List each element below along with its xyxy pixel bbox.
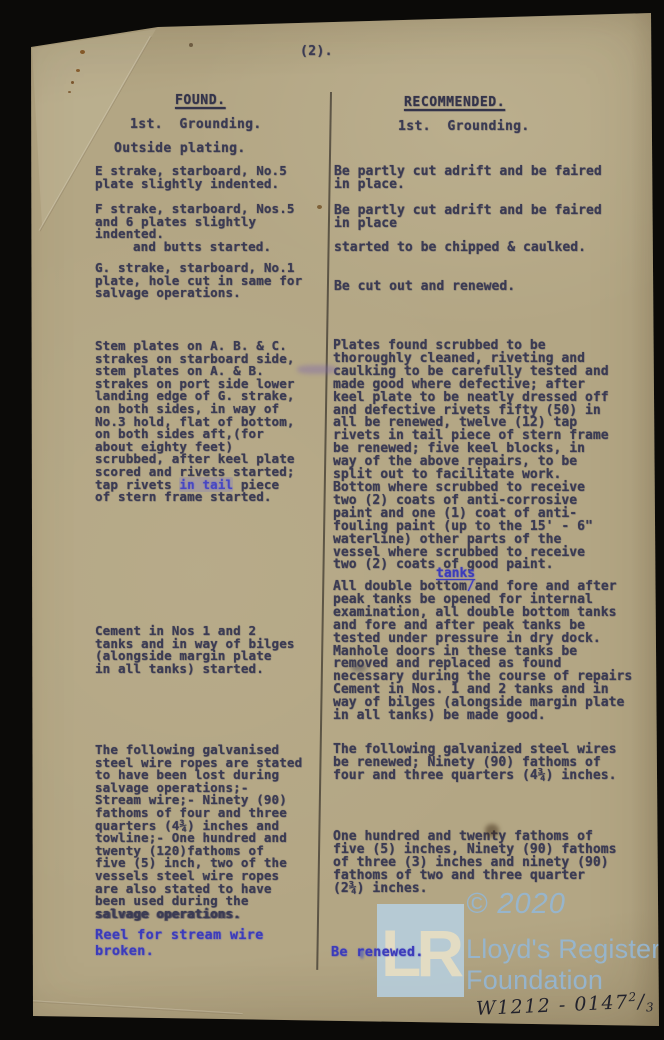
recommended-butts-entry: started to be chipped & caulked.	[334, 242, 586, 255]
page-number: (2).	[300, 44, 333, 59]
stain-speck	[71, 81, 74, 84]
recommended-f-strake-entry: Be partly cut adrift and be faired in pl…	[334, 205, 602, 231]
tanks-ink-insertion: tanks	[436, 566, 475, 581]
wires-overstruck-line: salvage operations.	[95, 906, 241, 921]
found-stem-plates-entry: Stem plates on A. B. & C. strakes on sta…	[95, 340, 295, 504]
found-cement-entry: Cement in Nos 1 and 2 tanks and in way o…	[95, 625, 295, 675]
wires-text: The following galvanised steel wire rope…	[95, 742, 302, 908]
recommended-reel-ink-note: Be renewed.	[331, 944, 424, 960]
document-page: (2). FOUND. RECOMMENDED. 1st. Grounding.…	[0, 0, 664, 1040]
recommended-grounding-heading: 1st. Grounding.	[398, 119, 530, 134]
stain-speck	[317, 205, 322, 209]
recommended-tanks-entry: All double bottom/and fore and after pea…	[333, 581, 632, 723]
tanks-text-end: and fore and after peak tanks be opened …	[333, 579, 632, 723]
archive-reference-code: W1212 - 0147	[476, 991, 630, 1020]
found-reel-ink-note: Reel for stream wire broken.	[95, 927, 264, 959]
found-g-strake-entry: G. strake, starboard, No.1 plate, hole c…	[95, 262, 302, 300]
fold-crease-bottom-left	[28, 1000, 243, 1015]
stain-speck	[80, 50, 85, 54]
recommended-column-header: RECOMMENDED.	[404, 95, 505, 110]
ink-smudge	[297, 365, 337, 374]
recommended-wires-entry-1: The following galvanized steel wires be …	[333, 744, 617, 783]
stain-speck	[68, 91, 71, 93]
found-grounding-heading: 1st. Grounding.	[130, 117, 262, 132]
watermark-copyright: © 2020	[466, 888, 566, 921]
recommended-e-strake-entry: Be partly cut adrift and be faired in pl…	[334, 166, 602, 192]
outside-plating-heading: Outside plating.	[114, 141, 246, 156]
stain-speck	[189, 43, 193, 47]
archive-reference-fraction-denominator: 3	[646, 1000, 656, 1014]
found-wires-entry: The following galvanised steel wire rope…	[95, 744, 302, 920]
stain-speck	[76, 69, 80, 72]
found-e-strake-entry: E strake, starboard, No.5 plate slightly…	[95, 165, 287, 190]
watermark-org-name: Lloyd's Register	[466, 934, 660, 965]
found-butts-entry: and butts started.	[133, 241, 271, 254]
recommended-g-strake-entry: Be cut out and renewed.	[334, 281, 515, 294]
scan-background: (2). FOUND. RECOMMENDED. 1st. Grounding.…	[0, 0, 664, 1040]
column-divider	[316, 92, 331, 970]
recommended-wires-entry-2: One hundred and twenty fathoms of five (…	[333, 831, 617, 896]
found-f-strake-entry: F strake, starboard, Nos.5 and 6 plates …	[95, 203, 295, 241]
found-column-header: FOUND.	[175, 93, 226, 108]
stem-plates-text: Stem plates on A. B. & C. strakes on sta…	[95, 338, 295, 492]
recommended-plates-entry: Plates found scrubbed to be thoroughly c…	[333, 340, 609, 572]
